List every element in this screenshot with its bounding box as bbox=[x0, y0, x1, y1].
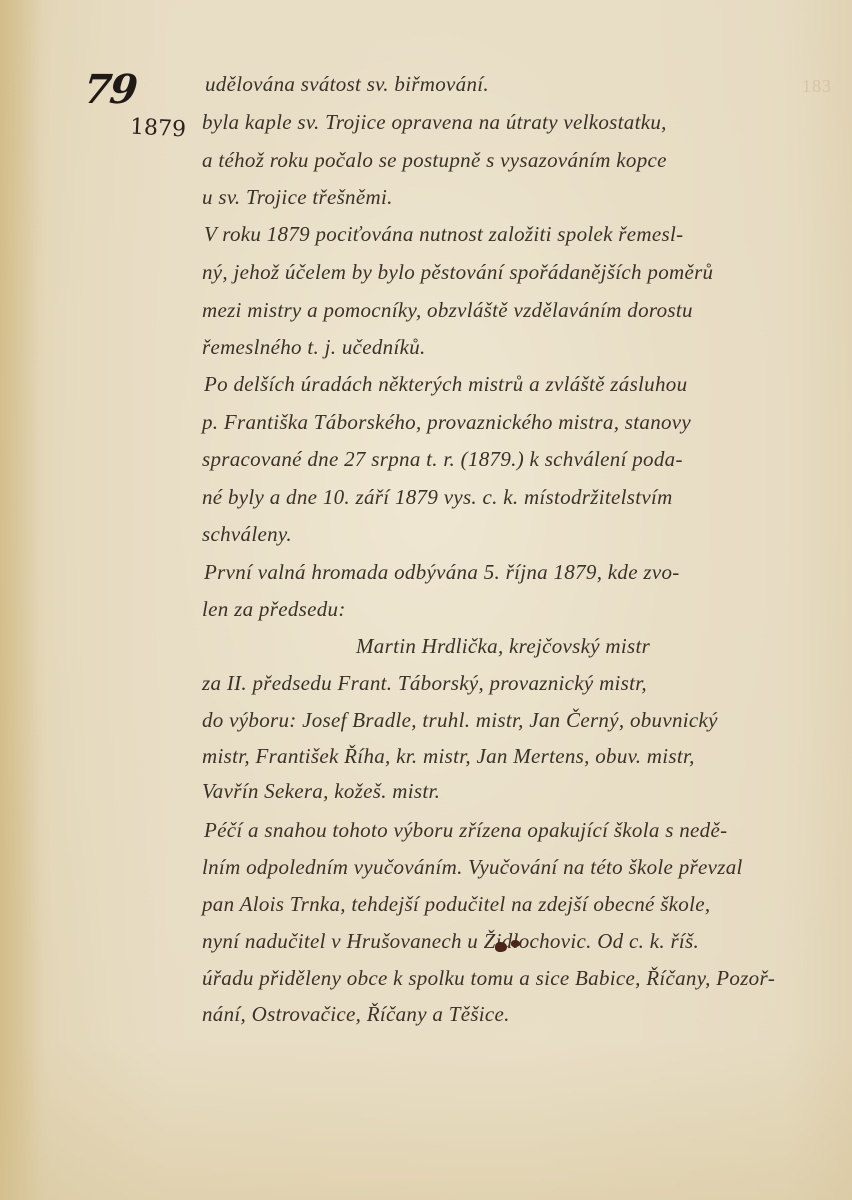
text-line: První valná hromada odbývána 5. října 18… bbox=[204, 560, 680, 585]
text-line: řemeslného t. j. učedníků. bbox=[202, 335, 426, 360]
ink-blot bbox=[495, 942, 507, 952]
text-line-indented: Martin Hrdlička, krejčovský mistr bbox=[356, 634, 650, 659]
text-line: lním odpoledním vyučováním. Vyučování na… bbox=[202, 855, 743, 880]
text-line: Po delších úradách některých mistrů a zv… bbox=[204, 372, 687, 397]
page-number: 79 bbox=[82, 66, 139, 113]
text-line: len za předsedu: bbox=[202, 597, 346, 622]
text-line: V roku 1879 pociťována nutnost založiti … bbox=[204, 222, 683, 247]
margin-year: 1879 bbox=[129, 115, 186, 143]
text-line: mistr, František Říha, kr. mistr, Jan Me… bbox=[202, 744, 695, 769]
text-line: do výboru: Josef Bradle, truhl. mistr, J… bbox=[202, 708, 718, 733]
text-line: schváleny. bbox=[202, 522, 292, 547]
text-line: a téhož roku počalo se postupně s vysazo… bbox=[202, 148, 667, 173]
text-line: úřadu přiděleny obce k spolku tomu a sic… bbox=[202, 966, 775, 991]
text-line: za II. předsedu Frant. Táborský, provazn… bbox=[202, 671, 647, 696]
faint-stamp-number: 183 bbox=[802, 76, 832, 97]
text-line: Péčí a snahou tohoto výboru zřízena opak… bbox=[204, 818, 727, 843]
text-line: nyní nadučitel v Hrušovanech u Židlochov… bbox=[202, 929, 699, 954]
text-line: né byly a dne 10. září 1879 vys. c. k. m… bbox=[202, 485, 673, 510]
text-line: mezi mistry a pomocníky, obzvláště vzděl… bbox=[202, 298, 693, 323]
text-line: ný, jehož účelem by bylo pěstování spořá… bbox=[202, 260, 713, 285]
text-line: udělována svátost sv. biřmování. bbox=[205, 72, 489, 97]
text-line: Vavřín Sekera, kožeš. mistr. bbox=[202, 779, 440, 804]
ink-blot bbox=[511, 940, 520, 947]
text-line: spracované dne 27 srpna t. r. (1879.) k … bbox=[202, 447, 683, 472]
text-line: pan Alois Trnka, tehdejší podučitel na z… bbox=[202, 892, 710, 917]
text-line: nání, Ostrovačice, Říčany a Těšice. bbox=[202, 1002, 510, 1027]
text-line: u sv. Trojice třešněmi. bbox=[202, 185, 393, 210]
text-line: p. Františka Táborského, provaznického m… bbox=[202, 410, 691, 435]
text-line: byla kaple sv. Trojice opravena na útrat… bbox=[202, 110, 667, 135]
manuscript-page: 79 1879 183 udělována svátost sv. biřmov… bbox=[0, 0, 852, 1200]
